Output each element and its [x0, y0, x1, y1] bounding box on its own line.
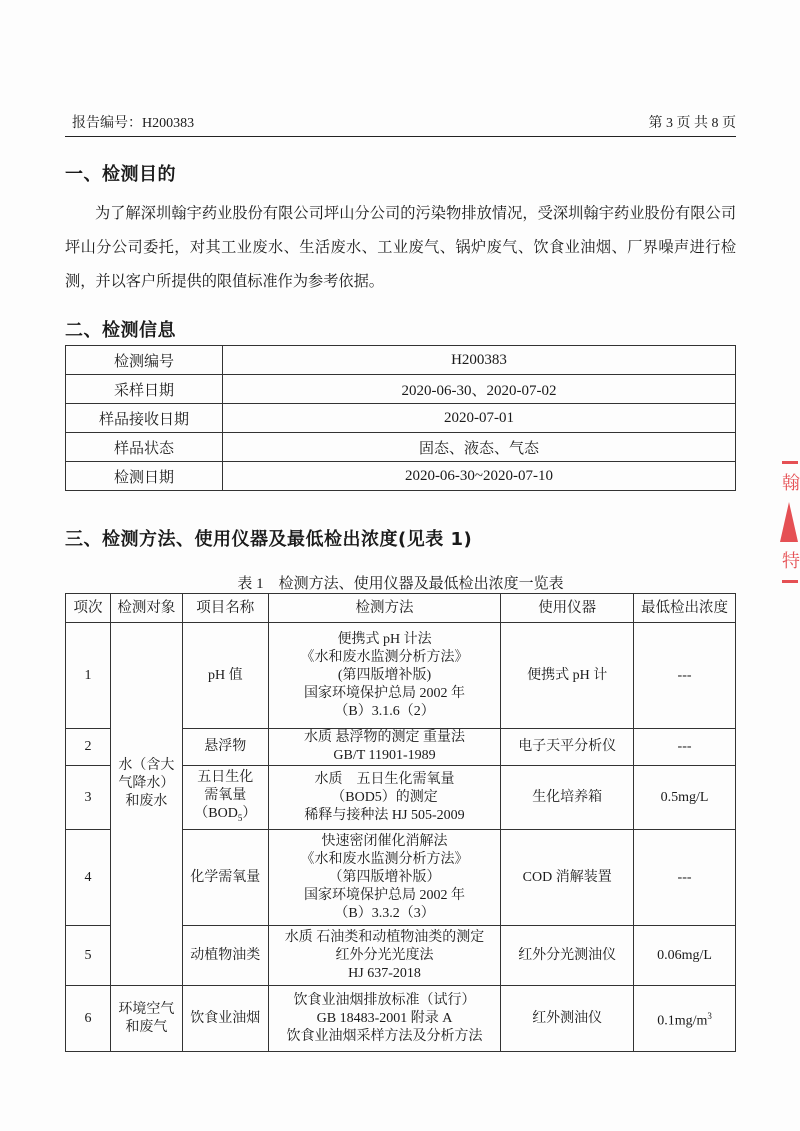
table-row: 样品接收日期2020-07-01 — [66, 404, 736, 433]
stamp-char: 特 — [782, 548, 800, 574]
section-2-title: 二、检测信息 — [65, 316, 176, 342]
instrument: COD 消解装置 — [501, 830, 634, 926]
method-line: 国家环境保护总局 2002 年 — [271, 685, 499, 703]
info-value: 2020-06-30、2020-07-02 — [223, 375, 736, 404]
info-value: H200383 — [223, 346, 736, 375]
row-number: 1 — [66, 623, 111, 729]
section-3-title: 三、检测方法、使用仪器及最低检出浓度(见表 1) — [65, 525, 472, 551]
table-row: 1 水（含大气降水）和废水 pH 值 便携式 pH 计法 《水和废水监测分析方法… — [66, 623, 736, 729]
info-key: 检测编号 — [66, 346, 223, 375]
column-header: 项次 — [66, 594, 111, 623]
column-header: 项目名称 — [182, 594, 268, 623]
method-line: （第四版增补版） — [271, 869, 499, 887]
table-header-row: 项次 检测对象 项目名称 检测方法 使用仪器 最低检出浓度 — [66, 594, 736, 623]
info-key: 采样日期 — [66, 375, 223, 404]
method-line: 饮食业油烟采样方法及分析方法 — [271, 1028, 499, 1046]
item-text: ） — [242, 806, 256, 821]
method-line: 饮食业油烟排放标准（试行） — [271, 992, 499, 1010]
detection-limit: --- — [634, 623, 736, 729]
column-header: 检测方法 — [268, 594, 501, 623]
method-line: (第四版增补版) — [271, 667, 499, 685]
detection-limit: --- — [634, 729, 736, 766]
table-row: 检测编号H200383 — [66, 346, 736, 375]
instrument: 红外测油仪 — [501, 986, 634, 1052]
info-value: 2020-06-30~2020-07-10 — [223, 462, 736, 491]
purpose-paragraph: 为了解深圳翰宇药业股份有限公司坪山分公司的污染物排放情况，受深圳翰宇药业股份有限… — [65, 197, 736, 299]
table-row: 样品状态固态、液态、气态 — [66, 433, 736, 462]
method-line: 水质 悬浮物的测定 重量法 — [271, 729, 499, 747]
detection-limit: 0.1mg/m3 — [634, 986, 736, 1052]
method-line: （B）3.3.2（3） — [271, 905, 499, 923]
detection-limit: 0.06mg/L — [634, 926, 736, 986]
method-line: 快速密闭催化消解法 — [271, 833, 499, 851]
detection-limit: --- — [634, 830, 736, 926]
method-line: 国家环境保护总局 2002 年 — [271, 887, 499, 905]
superscript: 3 — [707, 1011, 712, 1021]
item-name: pH 值 — [182, 623, 268, 729]
info-key: 检测日期 — [66, 462, 223, 491]
method-line: 红外分光光度法 — [271, 947, 499, 965]
item-name: 悬浮物 — [182, 729, 268, 766]
info-key: 样品状态 — [66, 433, 223, 462]
page-header: 报告编号：H200383 第 3 页 共 8 页 — [65, 108, 736, 137]
method-line: 《水和废水监测分析方法》 — [271, 851, 499, 869]
item-line: （BOD5） — [185, 805, 266, 827]
item-text: （BOD — [194, 806, 238, 821]
table-row: 检测日期2020-06-30~2020-07-10 — [66, 462, 736, 491]
info-table: 检测编号H200383 采样日期2020-06-30、2020-07-02 样品… — [65, 345, 736, 491]
table-caption: 表 1 检测方法、使用仪器及最低检出浓度一览表 — [65, 572, 736, 593]
stamp-bar — [782, 461, 798, 464]
info-key: 样品接收日期 — [66, 404, 223, 433]
method-line: （BOD5）的测定 — [271, 789, 499, 807]
column-header: 最低检出浓度 — [634, 594, 736, 623]
item-line: 需氧量 — [185, 787, 266, 805]
method-line: HJ 637-2018 — [271, 965, 499, 983]
method-line: （B）3.1.6（2） — [271, 703, 499, 721]
instrument: 红外分光测油仪 — [501, 926, 634, 986]
row-number: 3 — [66, 766, 111, 830]
method-line: 水质 五日生化需氧量 — [271, 771, 499, 789]
method-cell: 水质 悬浮物的测定 重量法 GB/T 11901-1989 — [268, 729, 501, 766]
item-name: 五日生化 需氧量 （BOD5） — [182, 766, 268, 830]
method-cell: 便携式 pH 计法 《水和废水监测分析方法》 (第四版增补版) 国家环境保护总局… — [268, 623, 501, 729]
instrument: 便携式 pH 计 — [501, 623, 634, 729]
item-name: 动植物油类 — [182, 926, 268, 986]
item-line: 五日生化 — [185, 769, 266, 787]
stamp-star-icon — [780, 502, 798, 542]
method-line: GB 18483-2001 附录 A — [271, 1010, 499, 1028]
object-cell: 水（含大气降水）和废水 — [110, 623, 182, 986]
method-line: 便携式 pH 计法 — [271, 631, 499, 649]
item-name: 饮食业油烟 — [182, 986, 268, 1052]
instrument: 生化培养箱 — [501, 766, 634, 830]
stamp-char: 翰 — [782, 470, 800, 496]
info-value: 2020-07-01 — [223, 404, 736, 433]
method-line: GB/T 11901-1989 — [271, 747, 499, 765]
row-number: 5 — [66, 926, 111, 986]
limit-text: 0.1mg/m — [657, 1013, 707, 1028]
method-cell: 快速密闭催化消解法 《水和废水监测分析方法》 （第四版增补版） 国家环境保护总局… — [268, 830, 501, 926]
instrument: 电子天平分析仪 — [501, 729, 634, 766]
row-number: 4 — [66, 830, 111, 926]
detection-limit: 0.5mg/L — [634, 766, 736, 830]
red-seal-stamp: 翰 特 — [782, 455, 800, 605]
method-line: 稀释与接种法 HJ 505-2009 — [271, 807, 499, 825]
method-cell: 水质 五日生化需氧量 （BOD5）的测定 稀释与接种法 HJ 505-2009 — [268, 766, 501, 830]
method-cell: 饮食业油烟排放标准（试行） GB 18483-2001 附录 A 饮食业油烟采样… — [268, 986, 501, 1052]
column-header: 检测对象 — [110, 594, 182, 623]
row-number: 2 — [66, 729, 111, 766]
method-cell: 水质 石油类和动植物油类的测定 红外分光光度法 HJ 637-2018 — [268, 926, 501, 986]
report-number: 报告编号：H200383 — [72, 112, 194, 132]
stamp-bar — [782, 580, 798, 583]
info-value: 固态、液态、气态 — [223, 433, 736, 462]
table-row: 6 环境空气和废气 饮食业油烟 饮食业油烟排放标准（试行） GB 18483-2… — [66, 986, 736, 1052]
section-1-title: 一、检测目的 — [65, 160, 176, 186]
page-indicator: 第 3 页 共 8 页 — [649, 112, 737, 132]
object-cell: 环境空气和废气 — [110, 986, 182, 1052]
method-line: 《水和废水监测分析方法》 — [271, 649, 499, 667]
column-header: 使用仪器 — [501, 594, 634, 623]
item-name: 化学需氧量 — [182, 830, 268, 926]
table-row: 采样日期2020-06-30、2020-07-02 — [66, 375, 736, 404]
row-number: 6 — [66, 986, 111, 1052]
method-line: 水质 石油类和动植物油类的测定 — [271, 929, 499, 947]
methods-table: 项次 检测对象 项目名称 检测方法 使用仪器 最低检出浓度 1 水（含大气降水）… — [65, 593, 736, 1052]
